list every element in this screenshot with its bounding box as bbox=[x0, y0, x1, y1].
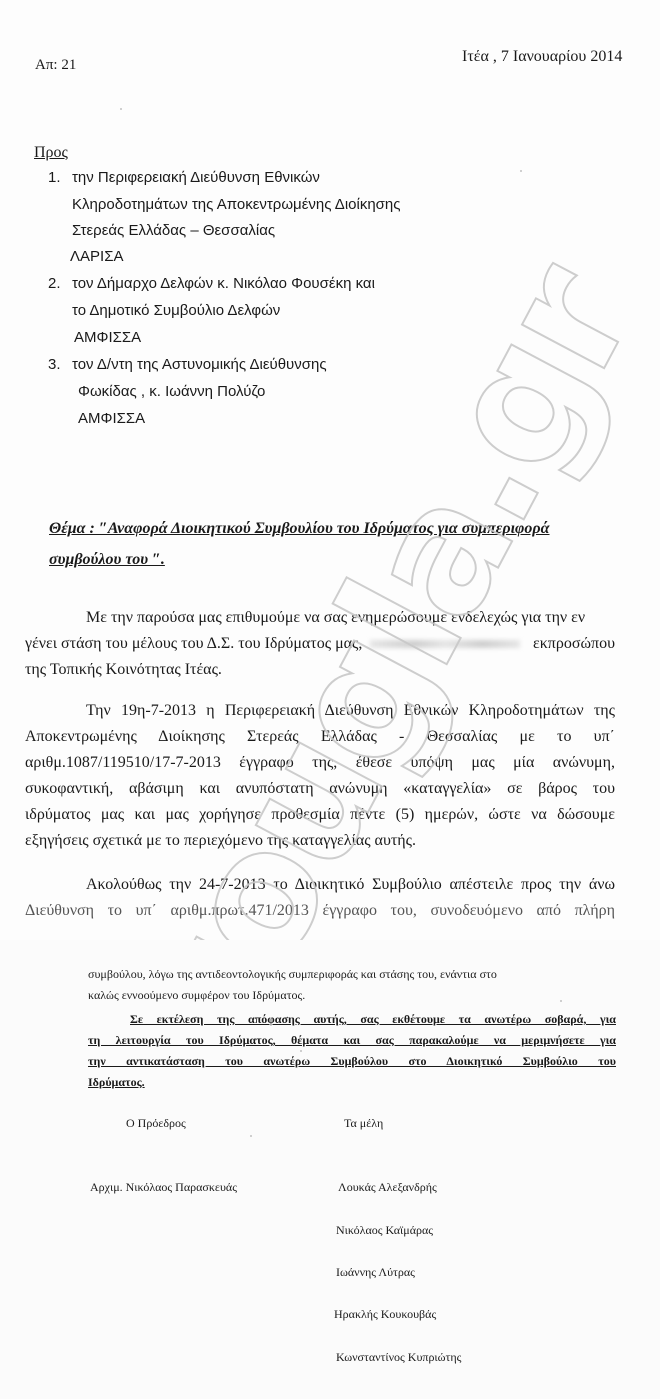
recipient-2-line-1: 2.τον Δήμαρχο Δελφών κ. Νικόλαο Φουσέκη … bbox=[48, 275, 375, 292]
p2-line-3: αριθμ.1087/119510/17-7-2013 έγγραφο της,… bbox=[25, 750, 615, 776]
member-name-2: Νικόλαος Καϊμάρας bbox=[336, 1223, 433, 1238]
page2-p2-line-4: Ιδρύματος. bbox=[88, 1072, 616, 1093]
member-name-4: Ηρακλής Κουκουβάς bbox=[334, 1307, 436, 1322]
recipient-2-line-2: το Δημοτικό Συμβούλιο Δελφών bbox=[72, 302, 280, 319]
recipient-2-number: 2. bbox=[48, 275, 72, 292]
page2-p1-line-2: καλώς εννοούμενο συμφέρον του Ιδρύματος. bbox=[88, 985, 616, 1006]
p1-line-3: της Τοπικής Κοινότητας Ιτέας. bbox=[25, 657, 615, 683]
p2-line-6: εξηγήσεις σχετικά με το περιεχόμενο της … bbox=[25, 828, 615, 854]
page2-p1-line-1: συμβούλου, λόγω της αντιδεοντολογικής συ… bbox=[88, 964, 616, 985]
reference-number: Απ: 21 bbox=[35, 57, 76, 74]
p2-line-4: συκοφαντική, αβάσιμη και ανυπόστατη ανών… bbox=[25, 776, 615, 802]
page2-p2-line-2: τη λειτουργία του Ιδρύματος, θέματα και … bbox=[88, 1030, 616, 1051]
redacted-name bbox=[370, 640, 520, 648]
president-name: Αρχιμ. Νικόλαος Παρασκευάς bbox=[90, 1180, 237, 1195]
page2-paragraph-1: συμβούλου, λόγω της αντιδεοντολογικής συ… bbox=[88, 964, 616, 1006]
p2-line-2: Αποκεντρωμένης Διοίκησης Στερεάς Ελλάδας… bbox=[25, 724, 615, 750]
recipient-2-city: ΑΜΦΙΣΣΑ bbox=[74, 329, 141, 346]
p1-line-2: γένει στάση του μέλους του Δ.Σ. του Ιδρύ… bbox=[25, 631, 615, 657]
scan-speck bbox=[300, 1050, 302, 1052]
member-name-5: Κωνσταντίνος Κυπριώτης bbox=[336, 1350, 461, 1365]
scan-speck bbox=[520, 170, 522, 172]
president-label: Ο Πρόεδρος bbox=[126, 1116, 186, 1131]
place-date: Ιτέα , 7 Ιανουαρίου 2014 bbox=[462, 48, 622, 66]
recipient-3-line-2: Φωκίδας , κ. Ιωάννη Πολύζο bbox=[78, 383, 265, 400]
recipient-1-line-1: 1.την Περιφερειακή Διεύθυνση Εθνικών bbox=[48, 169, 320, 186]
body-paragraph-1: Με την παρούσα μας επιθυμούμε να σας ενη… bbox=[25, 605, 615, 683]
page2-p2-line-1: Σε εκτέλεση της απόφασης αυτής, σας εκθέ… bbox=[88, 1009, 616, 1030]
recipient-1-line-2: Κληροδοτημάτων της Αποκεντρωμένης Διοίκη… bbox=[72, 196, 401, 213]
member-name-1: Λουκάς Αλεξανδρής bbox=[338, 1180, 437, 1195]
p2-line-5: ιδρύματος μας και μας χορήγησε προθεσμία… bbox=[25, 802, 615, 828]
recipient-3-city: ΑΜΦΙΣΣΑ bbox=[78, 410, 145, 427]
member-name-3: Ιωάννης Λύτρας bbox=[336, 1265, 415, 1280]
scan-speck bbox=[120, 108, 122, 110]
body-paragraph-2: Την 19η-7-2013 η Περιφερειακή Διεύθυνση … bbox=[25, 698, 615, 854]
recipient-3-line-1: 3.τον Δ/ντη της Αστυνομικής Διεύθυνσης bbox=[48, 356, 327, 373]
subject-line-1: Θέμα : ″Αναφορά Διοικητικού Συμβουλίου τ… bbox=[49, 520, 550, 538]
p2-line-1: Την 19η-7-2013 η Περιφερειακή Διεύθυνση … bbox=[25, 698, 615, 724]
letter-page-2-excerpt: συμβούλου, λόγω της αντιδεοντολογικής συ… bbox=[0, 940, 660, 1399]
page2-p2-line-3: την αντικατάσταση του ανωτέρω Συμβούλου … bbox=[88, 1051, 616, 1072]
subject-line-2: συμβούλου του ″. bbox=[49, 551, 165, 569]
recipient-1-number: 1. bbox=[48, 169, 72, 186]
recipients-label: Προς bbox=[34, 144, 68, 162]
recipient-3-number: 3. bbox=[48, 356, 72, 373]
page2-paragraph-2: Σε εκτέλεση της απόφασης αυτής, σας εκθέ… bbox=[88, 1009, 616, 1093]
scan-speck bbox=[250, 1135, 252, 1137]
scan-speck bbox=[560, 1000, 562, 1002]
p3-line-2: Διεύθυνση το υπ΄ αριθμ.πρωτ.471/2013 έγγ… bbox=[25, 898, 615, 924]
recipient-1-city: ΛΑΡΙΣΑ bbox=[70, 248, 123, 265]
p3-line-1: Ακολούθως την 24-7-2013 το Διοικητικό Συ… bbox=[25, 872, 615, 898]
body-paragraph-3: Ακολούθως την 24-7-2013 το Διοικητικό Συ… bbox=[25, 872, 615, 924]
recipient-1-line-3: Στερεάς Ελλάδας – Θεσσαλίας bbox=[72, 222, 275, 239]
members-label: Τα μέλη bbox=[344, 1116, 383, 1131]
p1-line-1: Με την παρούσα μας επιθυμούμε να σας ενη… bbox=[25, 605, 615, 631]
letter-page-1: Απ: 21 Ιτέα , 7 Ιανουαρίου 2014 Προς 1.τ… bbox=[0, 0, 660, 1399]
